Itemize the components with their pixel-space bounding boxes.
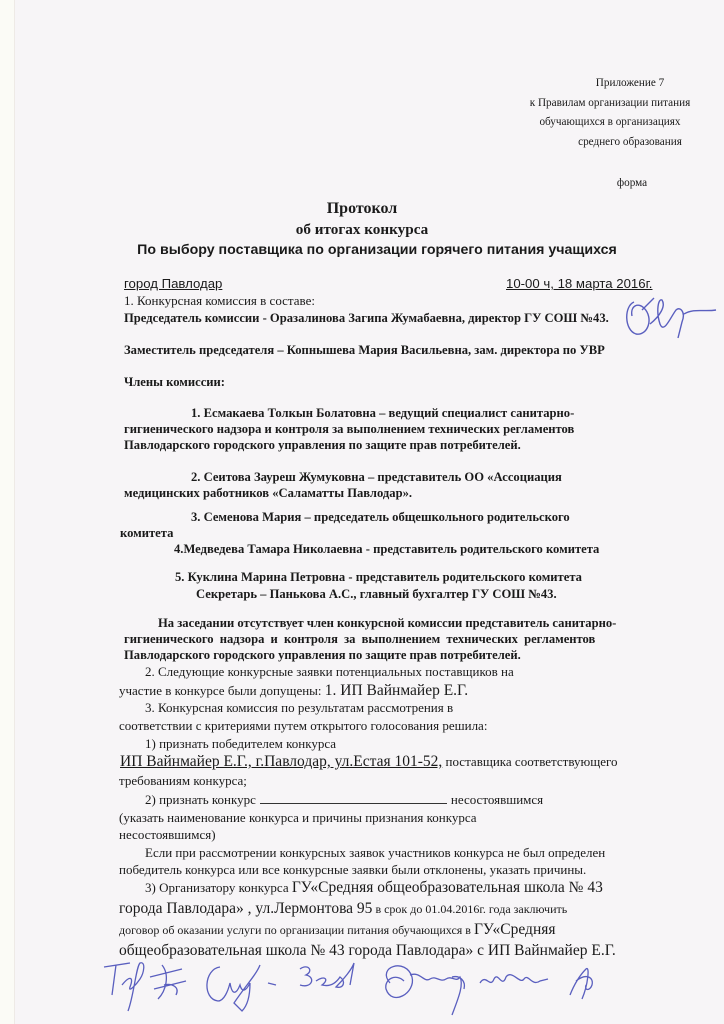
appendix-education: среднего образования <box>500 133 720 153</box>
item3-prefix: 3) Организатору конкурса <box>145 880 292 895</box>
appendix-rules: к Правилам организации питания <box>500 94 720 114</box>
item2-note-1: (указать наименование конкурса и причины… <box>119 810 477 826</box>
admitted-bid: 1. ИП Вайнмайер Е.Г. <box>325 682 468 699</box>
winner-suffix: поставщика соответствующего <box>442 754 617 769</box>
absent-line-1: На заседании отсутствует член конкурсной… <box>158 616 616 631</box>
section3-line-1: 3. Конкурсная комиссия по результатам ра… <box>145 700 453 716</box>
section3-item1-label: 1) признать победителем конкурса <box>145 736 336 752</box>
absent-line-3: Павлодарского городского управления по з… <box>124 648 521 663</box>
member-1-line-2: гигиенического надзора и контроля за вып… <box>124 422 574 437</box>
commission-secretary: Секретарь – Панькова А.С., главный бухга… <box>196 587 557 602</box>
item3-contract: договор об оказании услуги по организаци… <box>119 923 474 937</box>
item3-deadline: в срок до 01.04.2016г. года заключить <box>372 902 567 916</box>
section3-winner-line: ИП Вайнмайер Е.Г., г.Павлодар, ул.Естая … <box>120 753 618 771</box>
item2-blank-field <box>260 792 447 804</box>
section3-item3-line-1: 3) Организатору конкурса ГУ«Средняя обще… <box>145 879 603 897</box>
absent-line-2: гигиенического надзора и контроля за вып… <box>124 632 595 647</box>
commission-deputy: Заместитель председателя – Копнышева Мар… <box>124 343 605 358</box>
item2-prefix: 2) признать конкурс <box>145 792 256 807</box>
member-4: 4.Медведева Тамара Николаевна - представ… <box>174 542 599 557</box>
item3-school-start: ГУ«Средняя <box>474 921 556 938</box>
winner-line-2: требованиям конкурса; <box>119 773 247 789</box>
section3-item3-line-2: города Павлодара» , ул.Лермонтова 95 в с… <box>119 900 567 918</box>
member-1-line-3: Павлодарского городского управления по з… <box>124 438 521 453</box>
member-5: 5. Куклина Марина Петровна - представите… <box>175 570 582 585</box>
section2-prefix: участие в конкурсе были допущены: <box>119 683 325 698</box>
item2-note-2: несостоявшимся) <box>119 827 216 843</box>
members-heading: Члены комиссии: <box>124 375 225 390</box>
commission-chair: Председатель комиссии - Оразалинова Заги… <box>124 311 609 326</box>
chair-signature <box>620 288 724 348</box>
member-2-line-2: медицинских работников «Саламатты Павлод… <box>124 486 412 501</box>
document-title: Протокол <box>0 200 724 218</box>
appendix-students: обучающихся в организациях <box>500 113 720 133</box>
scan-edge <box>0 0 15 1024</box>
section2-line-2: участие в конкурсе были допущены: 1. ИП … <box>119 682 468 700</box>
document-topic: По выбору поставщика по организации горя… <box>0 242 724 258</box>
if-line-1: Если при рассмотрении конкурсных заявок … <box>145 845 605 861</box>
section3-line-2: соответствии с критериями путем открытог… <box>119 718 487 734</box>
member-3-line-2: комитета <box>120 526 173 541</box>
section3-item2: 2) признать конкурснесостоявшимся <box>145 792 543 808</box>
appendix-number: Приложение 7 <box>500 74 720 94</box>
appendix-header: Приложение 7 к Правилам организации пита… <box>500 74 720 194</box>
item2-suffix: несостоявшимся <box>451 792 543 807</box>
winner-name: ИП Вайнмайер Е.Г., г.Павлодар, ул.Естая … <box>120 753 442 770</box>
appendix-form-label: форма <box>500 174 720 194</box>
document-page: Приложение 7 к Правилам организации пита… <box>0 0 724 1024</box>
commission-intro: 1. Конкурсная комиссия в составе: <box>124 293 315 309</box>
meeting-city: город Павлодар <box>124 276 222 291</box>
if-line-2: победитель конкурса или все конкурсные з… <box>119 862 586 878</box>
member-signatures <box>100 955 700 1024</box>
item3-address: города Павлодара» , ул.Лермонтова 95 <box>119 900 372 917</box>
member-3-line-1: 3. Семенова Мария – председатель общешко… <box>191 510 570 525</box>
member-2-line-1: 2. Сеитова Зауреш Жумуковна – представит… <box>191 470 562 485</box>
item3-organizer: ГУ«Средняя общеобразовательная школа № 4… <box>292 879 603 896</box>
section2-line-1: 2. Следующие конкурсные заявки потенциал… <box>145 664 514 680</box>
section3-item3-line-3: договор об оказании услуги по организаци… <box>119 921 556 939</box>
member-1-line-1: 1. Есмакаева Толкын Болатовна – ведущий … <box>191 406 574 421</box>
document-subtitle: об итогах конкурса <box>0 221 724 239</box>
